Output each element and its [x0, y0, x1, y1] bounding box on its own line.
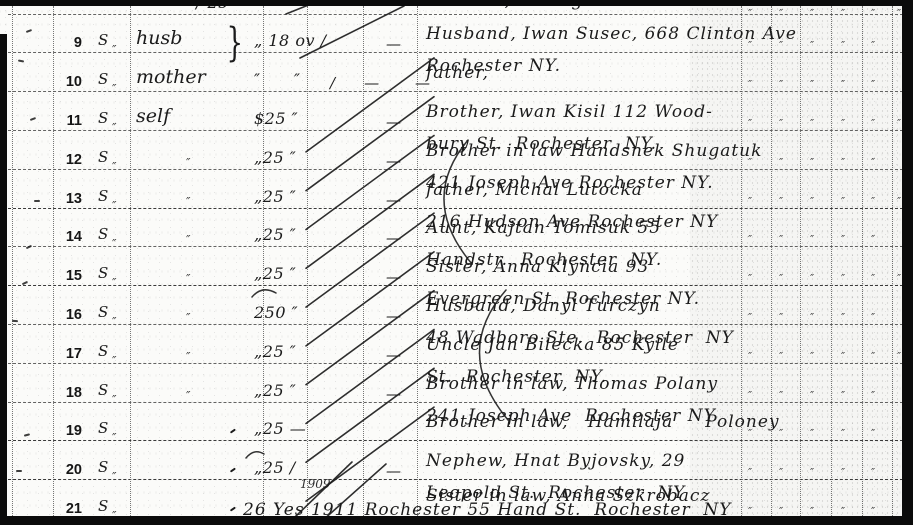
relative-name-address-line1: Brother in law Handsnek Shugatuk	[426, 141, 762, 161]
scan-edge-bottom	[0, 516, 913, 525]
column-rule	[831, 6, 832, 516]
sex-ditto-mark: ″	[112, 431, 116, 445]
right-column-ditto-mark: ″	[871, 195, 875, 208]
dash-mark: —	[386, 307, 403, 325]
sex-ditto-mark: ″	[112, 121, 116, 135]
passage-paid-by: ″	[186, 195, 190, 209]
dash-mark: —	[386, 152, 403, 170]
pen-slash	[306, 252, 434, 346]
row-number: 14	[52, 229, 82, 245]
right-column-ditto-mark: ″	[841, 427, 845, 440]
right-column-ditto-mark: ″	[779, 7, 783, 20]
sex-mark: S	[98, 70, 108, 88]
scan-artifact-tick	[24, 433, 30, 437]
sex-ditto-mark: ″	[112, 470, 116, 484]
relative-name-address-line1: father,	[426, 63, 489, 83]
pen-slash	[306, 58, 434, 152]
scan-edge-top	[0, 0, 913, 6]
row-rule	[8, 130, 903, 131]
row-rule	[8, 479, 903, 480]
right-column-ditto-mark: ″	[748, 233, 752, 246]
row-rule	[8, 363, 903, 364]
right-column-ditto-mark: ″	[810, 78, 814, 91]
right-column-ditto-mark: ″	[810, 272, 814, 285]
right-column-ditto-mark: ″	[897, 350, 901, 363]
dash-mark: —	[386, 191, 403, 209]
relative-name-address-line1: Aunt, Kajtan Tomisuk 55	[426, 218, 661, 238]
passage-paid-by: ″	[186, 350, 190, 364]
right-column-ditto-mark: ″	[810, 195, 814, 208]
pen-tick	[230, 506, 236, 511]
right-column-ditto-mark: ″	[897, 195, 901, 208]
sex-mark: S	[98, 187, 108, 205]
sex-ditto-mark: ″	[112, 393, 116, 407]
sex-mark: S	[98, 303, 108, 321]
row-number: 16	[52, 307, 82, 323]
row-number: 11	[52, 113, 82, 129]
right-column-ditto-mark: ″	[897, 7, 901, 20]
scanned-manifest-page: 8″″/ 25ave 211, Chicago Ill″″″″″″9S″husb…	[0, 0, 913, 525]
row-number: 10	[52, 74, 82, 90]
right-column-ditto-mark: ″	[748, 7, 752, 20]
right-column-ditto-mark: ″	[841, 7, 845, 20]
money-amount: „25 ″	[254, 148, 296, 167]
right-column-ditto-mark: ″	[897, 272, 901, 285]
money-amount: ″ ″	[254, 70, 300, 89]
right-column-ditto-mark: ″	[871, 350, 875, 363]
right-column-ditto-mark: ″	[779, 39, 783, 52]
right-column-ditto-mark: ″	[779, 311, 783, 324]
row-number: 9	[52, 35, 82, 51]
right-column-ditto-mark: ″	[748, 350, 752, 363]
right-column-ditto-mark: ″	[897, 117, 901, 130]
money-amount: „25 ″	[254, 187, 296, 206]
right-column-ditto-mark: ″	[871, 233, 875, 246]
passage-paid-by: ″	[186, 272, 190, 286]
money-amount: „25 ″	[254, 381, 296, 400]
right-column-ditto-mark: ″	[810, 466, 814, 479]
prior-year: 1909	[300, 477, 331, 491]
right-column-ditto-mark: ″	[748, 466, 752, 479]
row-rule	[8, 324, 903, 325]
sex-mark: S	[98, 148, 108, 166]
row-rule	[8, 208, 903, 209]
right-column-ditto-mark: ″	[810, 7, 814, 20]
right-column-ditto-mark: ″	[871, 117, 875, 130]
right-column-ditto-mark: ″	[779, 389, 783, 402]
right-column-ditto-mark: ″	[841, 78, 845, 91]
sex-ditto-mark: ″	[112, 199, 116, 213]
relative-name-address-line1: Nephew, Hnat Byjovsky, 29	[426, 451, 685, 471]
column-rule	[862, 6, 863, 516]
pen-slash	[306, 330, 434, 424]
row-rule	[8, 440, 903, 441]
passage-paid-by: ″	[186, 389, 190, 403]
right-column-ditto-mark: ″	[871, 156, 875, 169]
row-number: 17	[52, 346, 82, 362]
right-column-ditto-mark: ″	[871, 427, 875, 440]
row-number: 15	[52, 268, 82, 284]
column-rule	[12, 6, 13, 516]
relative-name-address-line1: Husband, Danyl Turczyn	[426, 296, 661, 316]
sex-mark: S	[98, 458, 108, 476]
right-column-ditto-mark: ″	[810, 39, 814, 52]
sex-mark: S	[98, 109, 108, 127]
passage-paid-by: ″	[186, 233, 190, 247]
row-number: 18	[52, 385, 82, 401]
relative-name-address-line1: Husband, Iwan Susec, 668 Clinton Ave	[426, 24, 797, 44]
scan-edge-left	[0, 34, 7, 525]
dash-mark: —	[386, 462, 403, 480]
right-column-ditto-mark: ″	[810, 156, 814, 169]
right-column-ditto-mark: ″	[871, 311, 875, 324]
right-column-ditto-mark: ″	[810, 233, 814, 246]
scan-artifact-tick	[18, 59, 24, 62]
sex-mark: S	[98, 342, 108, 360]
right-column-ditto-mark: ″	[748, 389, 752, 402]
column-rule	[130, 6, 131, 516]
pen-slash	[306, 174, 434, 268]
pen-slash	[306, 291, 434, 385]
sex-mark: S	[98, 381, 108, 399]
column-rule	[307, 6, 308, 516]
sex-ditto-mark: ″	[112, 237, 116, 251]
right-column-ditto-mark: ″	[841, 195, 845, 208]
brace-mark: }	[226, 20, 243, 66]
right-column-ditto-mark: ″	[748, 39, 752, 52]
relative-name-address-line1: Uncle Jan Bilecka 85 Kylle	[426, 335, 679, 355]
scan-edge-right	[902, 0, 913, 525]
right-column-ditto-mark: ″	[871, 7, 875, 20]
row-number: 12	[52, 152, 82, 168]
right-column-ditto-mark: ″	[841, 389, 845, 402]
pen-slash	[306, 136, 434, 230]
right-column-ditto-mark: ″	[779, 427, 783, 440]
dash-mark: —	[386, 268, 403, 286]
row-rule	[8, 285, 903, 286]
right-column-ditto-mark: ″	[779, 350, 783, 363]
sex-ditto-mark: ″	[112, 43, 116, 57]
column-rule	[800, 6, 801, 516]
money-amount: „ 18 ov /	[254, 31, 326, 50]
right-column-ditto-mark: ″	[748, 272, 752, 285]
right-column-ditto-mark: ″	[748, 156, 752, 169]
dash-mark: —	[386, 346, 403, 364]
relative-name-address-line1: Brother, Iwan Kisil 112 Wood-	[426, 102, 713, 122]
row-number: 21	[52, 501, 82, 517]
scan-artifact-tick	[30, 117, 36, 121]
scan-artifact-tick	[16, 470, 22, 472]
money-amount: „25 ″	[254, 225, 296, 244]
money-amount: „25 /	[254, 458, 296, 477]
relative-name-address-line1: father, Michal Lutocka	[426, 180, 643, 200]
sex-ditto-mark: ″	[112, 82, 116, 96]
relative-name-address-line1: Sister, Anna Klyncia 93	[426, 257, 649, 277]
dash-mark: / — —	[330, 74, 432, 92]
right-column-ditto-mark: ″	[841, 233, 845, 246]
sex-ditto-mark: ″	[112, 354, 116, 368]
right-column-ditto-mark: ″	[871, 272, 875, 285]
sex-ditto-mark: ″	[112, 315, 116, 329]
pen-curve	[246, 452, 264, 458]
money-amount: „25 —	[254, 419, 306, 438]
relative-name-address-line1: Brother in law, Hamilaja Poloney	[426, 412, 780, 432]
right-column-ditto-mark: ″	[841, 156, 845, 169]
row-rule	[8, 91, 903, 92]
right-column-ditto-mark: ″	[779, 466, 783, 479]
sex-mark: S	[98, 419, 108, 437]
right-column-ditto-mark: ″	[810, 350, 814, 363]
dash-mark: —	[386, 113, 403, 131]
right-column-ditto-mark: ″	[779, 156, 783, 169]
column-rule	[771, 6, 772, 516]
pen-slash	[306, 213, 434, 307]
passage-paid-by: ″	[186, 311, 190, 325]
right-column-ditto-mark: ″	[810, 311, 814, 324]
sex-mark: S	[98, 225, 108, 243]
right-column-ditto-mark: ″	[841, 350, 845, 363]
row-rule	[8, 246, 903, 247]
pen-slash	[306, 368, 434, 462]
sex-mark: S	[98, 497, 108, 515]
row-rule	[8, 52, 903, 53]
sex-mark: S	[98, 264, 108, 282]
right-column-ditto-mark: ″	[871, 78, 875, 91]
pen-curve	[252, 290, 276, 297]
passage-paid-by: mother	[136, 66, 206, 88]
right-column-ditto-mark: ″	[871, 39, 875, 52]
right-column-ditto-mark: ″	[810, 117, 814, 130]
right-column-ditto-mark: ″	[871, 389, 875, 402]
row-rule	[8, 402, 903, 403]
right-column-ditto-mark: ″	[748, 311, 752, 324]
right-column-ditto-mark: ″	[841, 311, 845, 324]
sex-ditto-mark: ″	[112, 276, 116, 290]
sex-mark: S	[98, 31, 108, 49]
right-column-ditto-mark: ″	[779, 233, 783, 246]
right-column-ditto-mark: ″	[841, 117, 845, 130]
pen-slash	[306, 97, 434, 191]
row-number: 20	[52, 462, 82, 478]
row-rule	[8, 169, 903, 170]
passage-paid-by: husb	[136, 27, 182, 49]
sex-ditto-mark: ″	[112, 160, 116, 174]
right-column-ditto-mark: ″	[748, 78, 752, 91]
right-column-ditto-mark: ″	[748, 117, 752, 130]
right-column-ditto-mark: ″	[871, 466, 875, 479]
right-column-ditto-mark: ″	[748, 427, 752, 440]
right-column-ditto-mark: ″	[779, 117, 783, 130]
right-column-ditto-mark: ″	[841, 39, 845, 52]
pen-tick	[230, 429, 236, 434]
passage-paid-by: ″	[186, 156, 190, 170]
dash-mark: —	[386, 229, 403, 247]
column-rule	[892, 6, 893, 516]
money-amount: „25 ″	[254, 264, 296, 283]
column-rule	[741, 6, 742, 516]
right-column-ditto-mark: ″	[810, 427, 814, 440]
right-column-ditto-mark: ″	[841, 466, 845, 479]
money-amount: „25 ″	[254, 342, 296, 361]
scan-artifact-tick	[26, 29, 32, 33]
money-amount: 250 ″	[254, 303, 298, 322]
pen-tick	[230, 468, 236, 473]
relative-name-address-line1: Brother in law, Thomas Polany	[426, 374, 718, 394]
row-number: 19	[52, 423, 82, 439]
dash-mark: —	[386, 35, 403, 53]
passage-paid-by: self	[136, 105, 170, 127]
right-column-ditto-mark: ″	[779, 195, 783, 208]
dash-mark: —	[386, 385, 403, 403]
row-rule	[8, 14, 903, 15]
scan-artifact-tick	[34, 200, 40, 202]
right-column-ditto-mark: ″	[841, 272, 845, 285]
right-column-ditto-mark: ″	[779, 78, 783, 91]
right-column-ditto-mark: ″	[810, 389, 814, 402]
right-column-ditto-mark: ″	[779, 272, 783, 285]
right-column-ditto-mark: ″	[748, 195, 752, 208]
money-amount: $25 ″	[254, 109, 298, 128]
row-number: 13	[52, 191, 82, 207]
